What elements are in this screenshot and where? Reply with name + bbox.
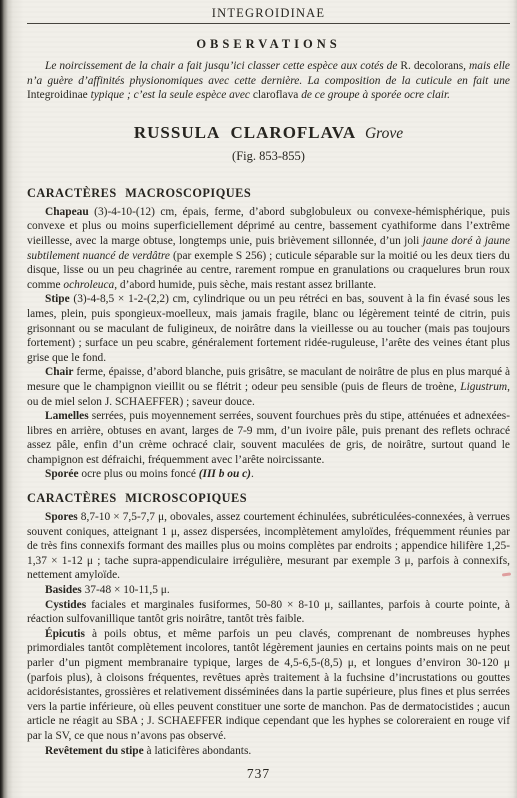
paragraph-chair: Chair ferme, épaisse, d’abord blanche, p…	[27, 365, 510, 409]
text-block: INTEGROIDINAE OBSERVATIONS Le noircissem…	[27, 7, 510, 758]
microscopic-heading: CARACTÈRES MICROSCOPIQUES	[27, 492, 510, 505]
scan-gutter-shadow	[0, 0, 24, 798]
species-name: RUSSULA CLAROFLAVA	[134, 123, 356, 142]
paragraph-cystides: Cystides faciales et marginales fusiform…	[27, 598, 510, 627]
paragraph-chapeau: Chapeau (3)-4-10-(12) cm, épais, ferme, …	[27, 205, 510, 293]
observations-heading: OBSERVATIONS	[27, 38, 510, 51]
species-author: Grove	[365, 125, 403, 142]
figure-reference: (Fig. 853-855)	[27, 150, 510, 163]
paragraph-lamelles: Lamelles serrées, puis moyennement serré…	[27, 409, 510, 467]
paragraph-sporee: Sporée ocre plus ou moins foncé (III b o…	[27, 467, 510, 482]
species-title: RUSSULA CLAROFLAVA Grove	[27, 124, 510, 144]
page-number: 737	[0, 766, 517, 782]
paragraph-stipe: Stipe (3)-4-8,5 × 1-2-(2,2) cm, cylindri…	[27, 292, 510, 365]
macroscopic-heading: CARACTÈRES MACROSCOPIQUES	[27, 187, 510, 200]
running-head: INTEGROIDINAE	[27, 7, 510, 20]
book-page: INTEGROIDINAE OBSERVATIONS Le noircissem…	[0, 0, 517, 798]
paragraph-basides: Basides 37-48 × 10-11,5 μ.	[27, 583, 510, 598]
paragraph-revetement: Revêtement du stipe à laticifères abonda…	[27, 744, 510, 759]
header-rule	[27, 23, 510, 24]
paragraph-spores: Spores 8,7-10 × 7,5-7,7 μ, obovales, ass…	[27, 510, 510, 583]
observations-paragraph: Le noircissement de la chair a fait jusq…	[27, 59, 510, 103]
paragraph-epicutis: Épicutis à poils obtus, et même parfois …	[27, 627, 510, 744]
